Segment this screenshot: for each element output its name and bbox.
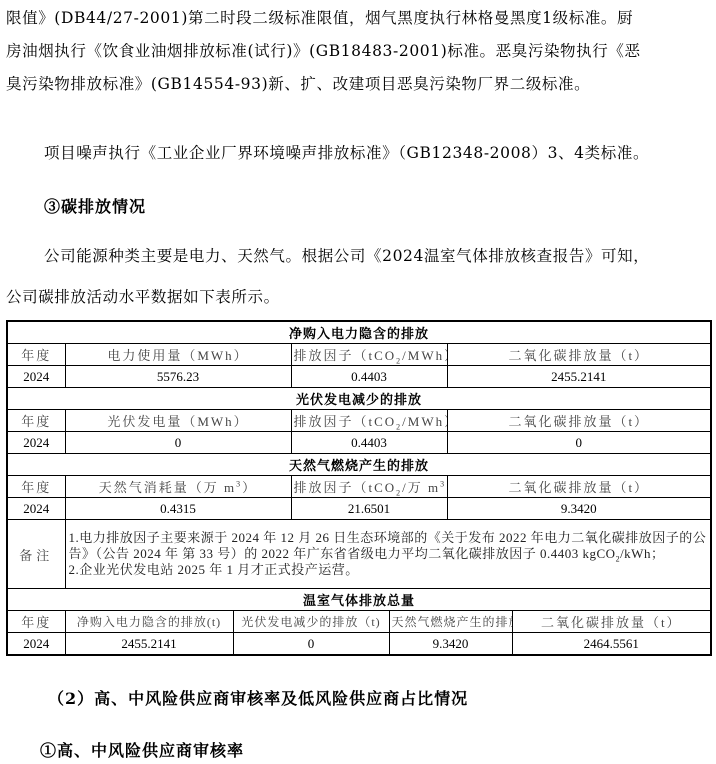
cell-co2-total: 2464.5561 [512,633,711,656]
header-electricity-emissions: 净购入电力隐含的排放(t) [65,611,233,633]
cell-year: 2024 [7,366,65,388]
paragraph-carbon-intro-line1: 公司能源种类主要是电力、天然气。根据公司《2024温室气体排放核查报告》可知， [44,240,716,273]
table-notes-row: 备注 1.电力排放因子主要来源于 2024 年 12 月 26 日生态环境部的《… [7,520,711,589]
cell-gas-consumption: 0.4315 [65,498,291,520]
table-header-row: 年度 天然气消耗量（万 m3） 排放因子（tCO2/万 m3） 二氧化碳排放量（… [7,476,711,498]
section-title-solar: 光伏发电减少的排放 [7,388,711,410]
text-line: 房油烟执行《饮食业油烟排放标准(试行)》(GB18483-2001)标准。恶臭污… [6,35,710,68]
table-header-row: 年度 净购入电力隐含的排放(t) 光伏发电减少的排放（t) 天然气燃烧产生的排放… [7,611,711,633]
cell-year: 2024 [7,633,65,656]
cell-emission-factor: 0.4403 [291,432,447,454]
header-text: 排放因子（tCO [294,480,397,495]
note-text: 1.电力排放因子主要来源于 2024 年 12 月 26 日生态环境部的《关于发… [69,530,707,561]
cell-emission-factor: 21.6501 [291,498,447,520]
table-header-row: 年度 电力使用量（MWh） 排放因子（tCO2/MWh） 二氧化碳排放量（t） [7,344,711,366]
header-electricity-usage: 电力使用量（MWh） [65,344,291,366]
header-emission-factor: 排放因子（tCO2/万 m3） [291,476,447,498]
heading-carbon-emissions: ③碳排放情况 [44,194,146,217]
header-text: ） [242,480,257,495]
header-emission-factor: 排放因子（tCO2/MWh） [291,410,447,432]
table-row: 2024 2455.2141 0 9.3420 2464.5561 [7,633,711,656]
section-title-total: 温室气体排放总量 [7,589,711,611]
header-co2-total: 二氧化碳排放量（t） [512,611,711,633]
header-text: /MWh） [402,414,447,429]
cell-co2-emissions: 0 [447,432,711,454]
header-co2-emissions: 二氧化碳排放量（t） [447,410,711,432]
cell-gas-emissions: 9.3420 [389,633,512,656]
text-line: 限值》(DB44/27-2001)第二时段二级标准限值，烟气黑度执行林格曼黑度1… [6,2,710,35]
paragraph-emission-standards: 限值》(DB44/27-2001)第二时段二级标准限值，烟气黑度执行林格曼黑度1… [6,2,710,101]
cell-solar-generation: 0 [65,432,291,454]
header-co2-emissions: 二氧化碳排放量（t） [447,476,711,498]
cell-solar-reduction: 0 [233,633,389,656]
table-section-title-row: 光伏发电减少的排放 [7,388,711,410]
header-solar-generation: 光伏发电量（MWh） [65,410,291,432]
table-row: 2024 0.4315 21.6501 9.3420 [7,498,711,520]
table-section-title-row: 净购入电力隐含的排放 [7,321,711,344]
header-co2-emissions: 二氧化碳排放量（t） [447,344,711,366]
header-text: 排放因子（tCO [294,348,397,363]
note-text: /kWh； [620,546,664,561]
header-year: 年度 [7,410,65,432]
header-year: 年度 [7,611,65,633]
table-row: 2024 5576.23 0.4403 2455.2141 [7,366,711,388]
section-title-gas: 天然气燃烧产生的排放 [7,454,711,476]
table-section-title-row: 温室气体排放总量 [7,589,711,611]
note-line-1: 1.电力排放因子主要来源于 2024 年 12 月 26 日生态环境部的《关于发… [69,530,708,562]
header-text: /万 m [402,480,440,495]
header-text: 排放因子（tCO [294,414,397,429]
paragraph-carbon-intro-line2: 公司碳排放活动水平数据如下表所示。 [6,281,710,314]
table-header-row: 年度 光伏发电量（MWh） 排放因子（tCO2/MWh） 二氧化碳排放量（t） [7,410,711,432]
carbon-emissions-table: 净购入电力隐含的排放 年度 电力使用量（MWh） 排放因子（tCO2/MWh） … [6,320,712,656]
note-line-2: 2.企业光伏发电站 2025 年 1 月才正式投产运营。 [69,562,708,578]
table-row: 2024 0 0.4403 0 [7,432,711,454]
header-year: 年度 [7,344,65,366]
header-gas-consumption: 天然气消耗量（万 m3） [65,476,291,498]
table-section-title-row: 天然气燃烧产生的排放 [7,454,711,476]
header-text: 天然气消耗量（万 m [99,480,236,495]
heading-section-2: （2）高、中风险供应商审核率及低风险供应商占比情况 [48,686,468,709]
header-emission-factor: 排放因子（tCO2/MWh） [291,344,447,366]
text-line: 臭污染物排放标准》(GB14554-93)新、扩、改建项目恶臭污染物厂界二级标准… [6,68,710,101]
header-solar-reduction: 光伏发电减少的排放（t) [233,611,389,633]
cell-emission-factor: 0.4403 [291,366,447,388]
notes-body: 1.电力排放因子主要来源于 2024 年 12 月 26 日生态环境部的《关于发… [65,520,711,589]
heading-subsection-1: ①高、中风险供应商审核率 [40,738,244,761]
cell-co2-emissions: 2455.2141 [447,366,711,388]
cell-co2-emissions: 9.3420 [447,498,711,520]
cell-year: 2024 [7,498,65,520]
cell-electricity-emissions: 2455.2141 [65,633,233,656]
header-text: /MWh） [402,348,447,363]
notes-label: 备注 [7,520,65,589]
header-year: 年度 [7,476,65,498]
cell-year: 2024 [7,432,65,454]
header-gas-emissions: 天然气燃烧产生的排放(t) [389,611,512,633]
paragraph-noise-standard: 项目噪声执行《工业企业厂界环境噪声排放标准》（GB12348-2008）3、4类… [44,137,716,170]
cell-electricity-usage: 5576.23 [65,366,291,388]
section-title-electricity: 净购入电力隐含的排放 [7,321,711,344]
